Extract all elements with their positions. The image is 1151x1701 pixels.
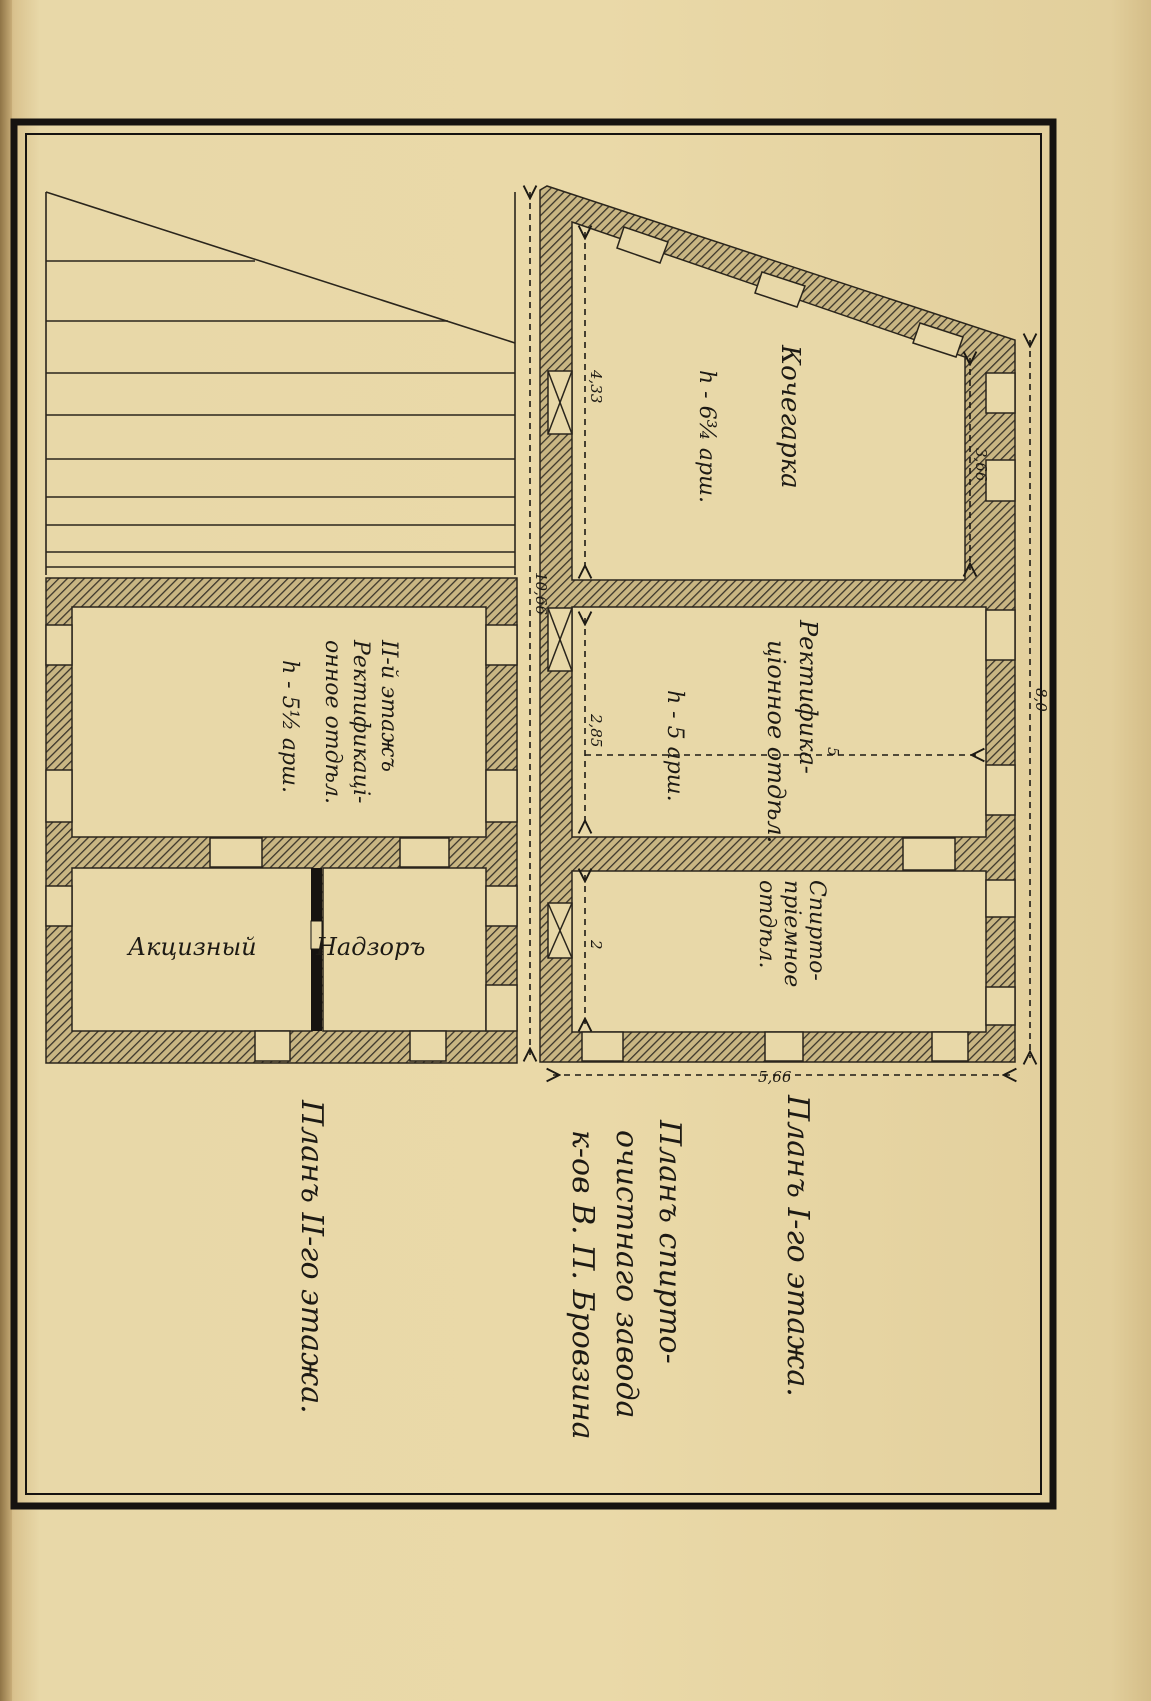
floor-plan-drawing: 10,66 4,33 3,66 8,0 2,85 5 2 5,66 Кочега… xyxy=(0,0,1151,1701)
room-height-rectification: h - 5 арш. xyxy=(662,690,687,802)
dim-4-33: 4,33 xyxy=(587,369,605,403)
room-label-excise-1: Акцизный xyxy=(126,933,257,961)
room-label-receiving-3: отдѣл. xyxy=(754,880,779,968)
main-title-line1: Планъ спирто- xyxy=(652,1119,687,1364)
room-label-rectification-2: ціонное отдѣл. xyxy=(762,640,790,843)
room-label-floor2-2: Ректификаці- xyxy=(348,639,373,803)
floor2-walls xyxy=(46,578,517,1063)
dim-3-66: 3,66 xyxy=(972,448,990,482)
room-label-floor2-3: онное отдѣл. xyxy=(320,640,345,804)
dim-2: 2 xyxy=(587,939,605,950)
dim-5: 5 xyxy=(824,747,842,757)
room-label-floor2-1: II-й этажъ xyxy=(376,639,401,772)
dim-10-66: 10,66 xyxy=(532,572,550,615)
room-label-rectification-1: Ректифика- xyxy=(794,619,822,774)
floor2-title: Планъ II-го этажа. xyxy=(294,1099,329,1414)
room-label-boiler: Кочегарка xyxy=(775,344,805,489)
room-label-receiving-1: Спирто- xyxy=(804,880,829,981)
room-label-receiving-2: пріемное xyxy=(779,880,804,987)
main-title-line3: к-ов В. П. Бровзина xyxy=(565,1130,600,1440)
room-height-boiler: h - 6¾ арш. xyxy=(694,370,719,503)
room-height-floor2: h - 5½ арш. xyxy=(277,660,302,793)
main-title-line2: очистнаго завода xyxy=(609,1130,644,1418)
floor1-title: Планъ I-го этажа. xyxy=(780,1094,815,1397)
dim-5-66: 5,66 xyxy=(758,1068,792,1086)
dim-8-0: 8,0 xyxy=(1032,688,1050,712)
room-label-excise-2: Надзоръ xyxy=(315,933,425,961)
dim-2-85: 2,85 xyxy=(587,713,605,747)
roof-lines xyxy=(46,192,515,575)
